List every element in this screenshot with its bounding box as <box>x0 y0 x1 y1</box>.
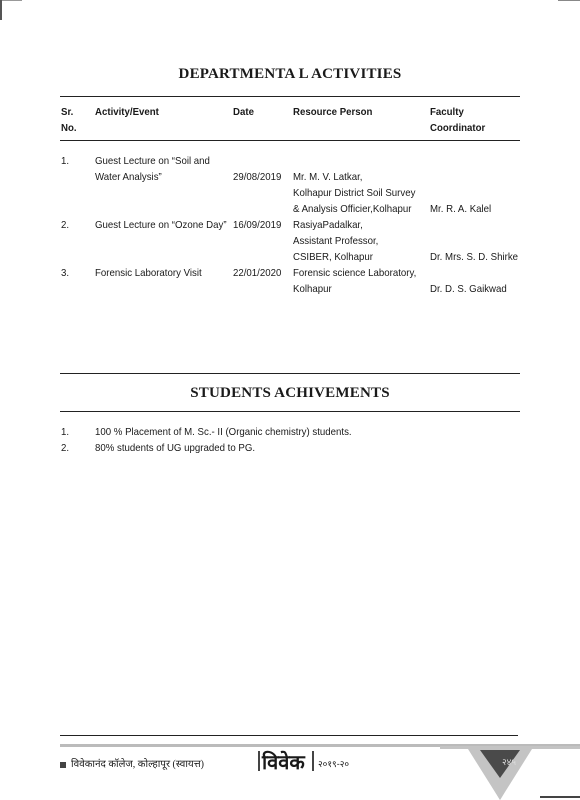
row-activity-line: Guest Lecture on “Soil and <box>95 153 210 169</box>
row-resource: Forensic science Laboratory, Kolhapur <box>293 265 416 297</box>
row-date: 22/01/2020 <box>233 265 281 281</box>
achievements-title: STUDENTS ACHIVEMENTS <box>0 385 580 402</box>
crop-mark-bottom-right <box>540 796 580 798</box>
header-sr-line2: No. <box>61 120 77 136</box>
header-sr: Sr. No. <box>61 104 77 136</box>
row-resource-line: Kolhapur <box>293 281 416 297</box>
row-sr: 3. <box>61 265 69 281</box>
achievement-text: 100 % Placement of M. Sc.- II (Organic c… <box>95 426 352 438</box>
footer-logo: विवेक <box>262 748 305 775</box>
row-resource-line: Assistant Professor, <box>293 233 378 249</box>
row-sr: 1. <box>61 153 69 169</box>
table-header-rule <box>60 140 520 141</box>
row-activity: Forensic Laboratory Visit <box>95 265 202 281</box>
header-date: Date <box>233 104 254 120</box>
bullet-square-icon <box>60 762 66 768</box>
header-faculty: Faculty Coordinator <box>430 104 485 136</box>
footer-rule <box>60 735 518 736</box>
header-sr-line1: Sr. <box>61 104 77 120</box>
achievement-text: 80% students of UG upgraded to PG. <box>95 442 255 454</box>
row-activity: Guest Lecture on “Soil and Water Analysi… <box>95 153 210 185</box>
achievements-top-rule <box>60 373 520 374</box>
row-faculty: Dr. D. S. Gaikwad <box>430 281 507 297</box>
achievements-bottom-rule <box>60 411 520 412</box>
header-faculty-line2: Coordinator <box>430 120 485 136</box>
row-resource: RasiyaPadalkar, Assistant Professor, CSI… <box>293 217 378 265</box>
achievement-num: 1. <box>61 426 69 438</box>
row-faculty: Mr. R. A. Kalel <box>430 201 491 217</box>
header-resource-person: Resource Person <box>293 104 372 120</box>
row-resource: Mr. M. V. Latkar, Kolhapur District Soil… <box>293 169 415 217</box>
page-number: २४५ <box>502 755 516 768</box>
activities-title: DEPARTMENTA L ACTIVITIES <box>0 66 580 83</box>
row-date: 16/09/2019 <box>233 217 281 233</box>
footer-year: २०१९-२० <box>318 757 349 770</box>
row-resource-line: RasiyaPadalkar, <box>293 217 378 233</box>
row-resource-line: & Analysis Officier,Kolhapur <box>293 201 415 217</box>
row-activity-line: Water Analysis” <box>95 169 210 185</box>
header-activity: Activity/Event <box>95 104 159 120</box>
table-top-rule <box>60 96 520 97</box>
footer-college-text: विवेकानंद कॉलेज, कोल्हापूर (स्वायत्त) <box>71 759 204 770</box>
row-resource-line: Kolhapur District Soil Survey <box>293 185 415 201</box>
row-resource-line: CSIBER, Kolhapur <box>293 249 378 265</box>
crop-mark-top-right <box>558 0 580 2</box>
footer-college: विवेकानंद कॉलेज, कोल्हापूर (स्वायत्त) <box>60 756 204 770</box>
row-resource-line: Forensic science Laboratory, <box>293 265 416 281</box>
page-badge-chevron-icon <box>440 738 580 800</box>
row-sr: 2. <box>61 217 69 233</box>
row-activity: Guest Lecture on “Ozone Day” <box>95 217 227 233</box>
crop-mark-top-left <box>0 0 22 20</box>
achievement-num: 2. <box>61 442 69 454</box>
row-faculty: Dr. Mrs. S. D. Shirke <box>430 249 518 265</box>
divider-bar <box>312 751 314 771</box>
header-faculty-line1: Faculty <box>430 104 485 120</box>
row-date: 29/08/2019 <box>233 169 281 185</box>
divider-bar <box>258 751 260 771</box>
row-resource-line: Mr. M. V. Latkar, <box>293 169 415 185</box>
